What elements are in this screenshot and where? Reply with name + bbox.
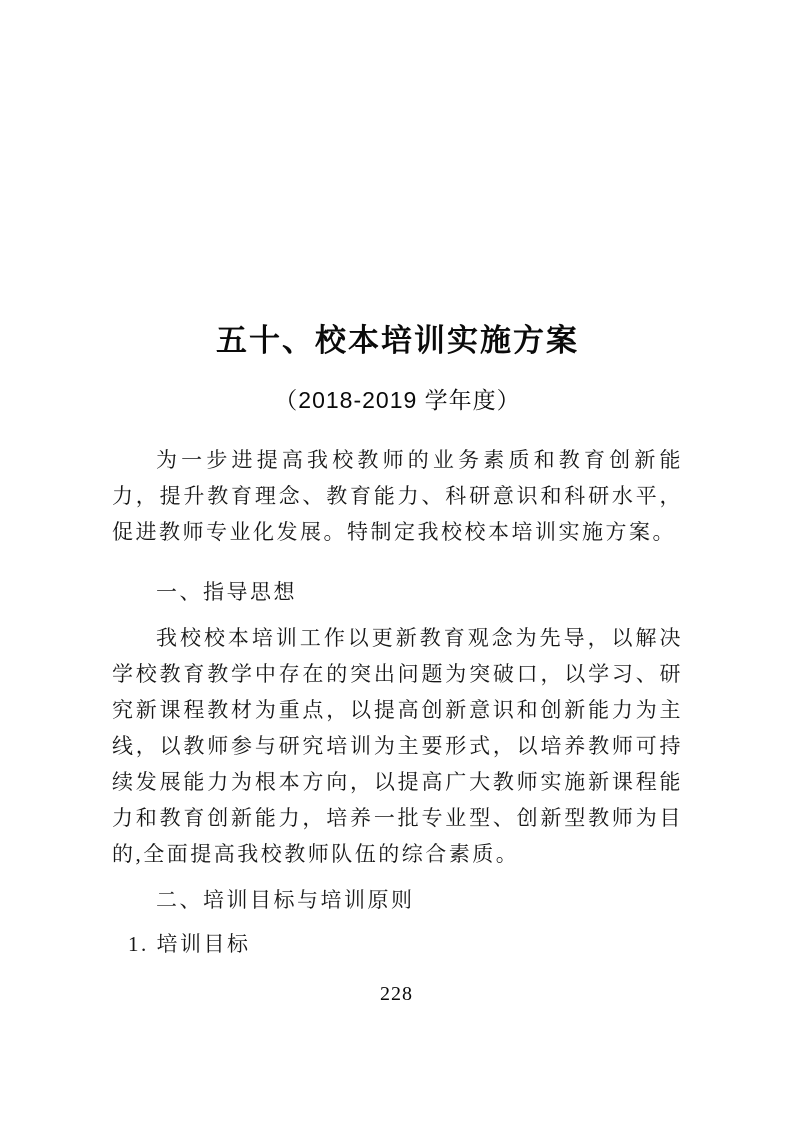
section-1-heading: 一、指导思想 [112, 574, 683, 610]
document-title: 五十、校本培训实施方案 [112, 320, 683, 362]
page-number: 228 [0, 983, 793, 1006]
section-1-body: 我校校本培训工作以更新教育观念为先导，以解决学校教育教学中存在的突出问题为突破口… [112, 620, 683, 872]
section-2-heading: 二、培训目标与培训原则 [112, 882, 683, 918]
section-2-subheading-1: 1. 培训目标 [112, 926, 683, 962]
document-subtitle: （2018-2019 学年度） [112, 384, 683, 416]
document-page: 五十、校本培训实施方案 （2018-2019 学年度） 为一步进提高我校教师的业… [0, 0, 793, 1122]
intro-paragraph: 为一步进提高我校教师的业务素质和教育创新能力，提升教育理念、教育能力、科研意识和… [112, 442, 683, 550]
